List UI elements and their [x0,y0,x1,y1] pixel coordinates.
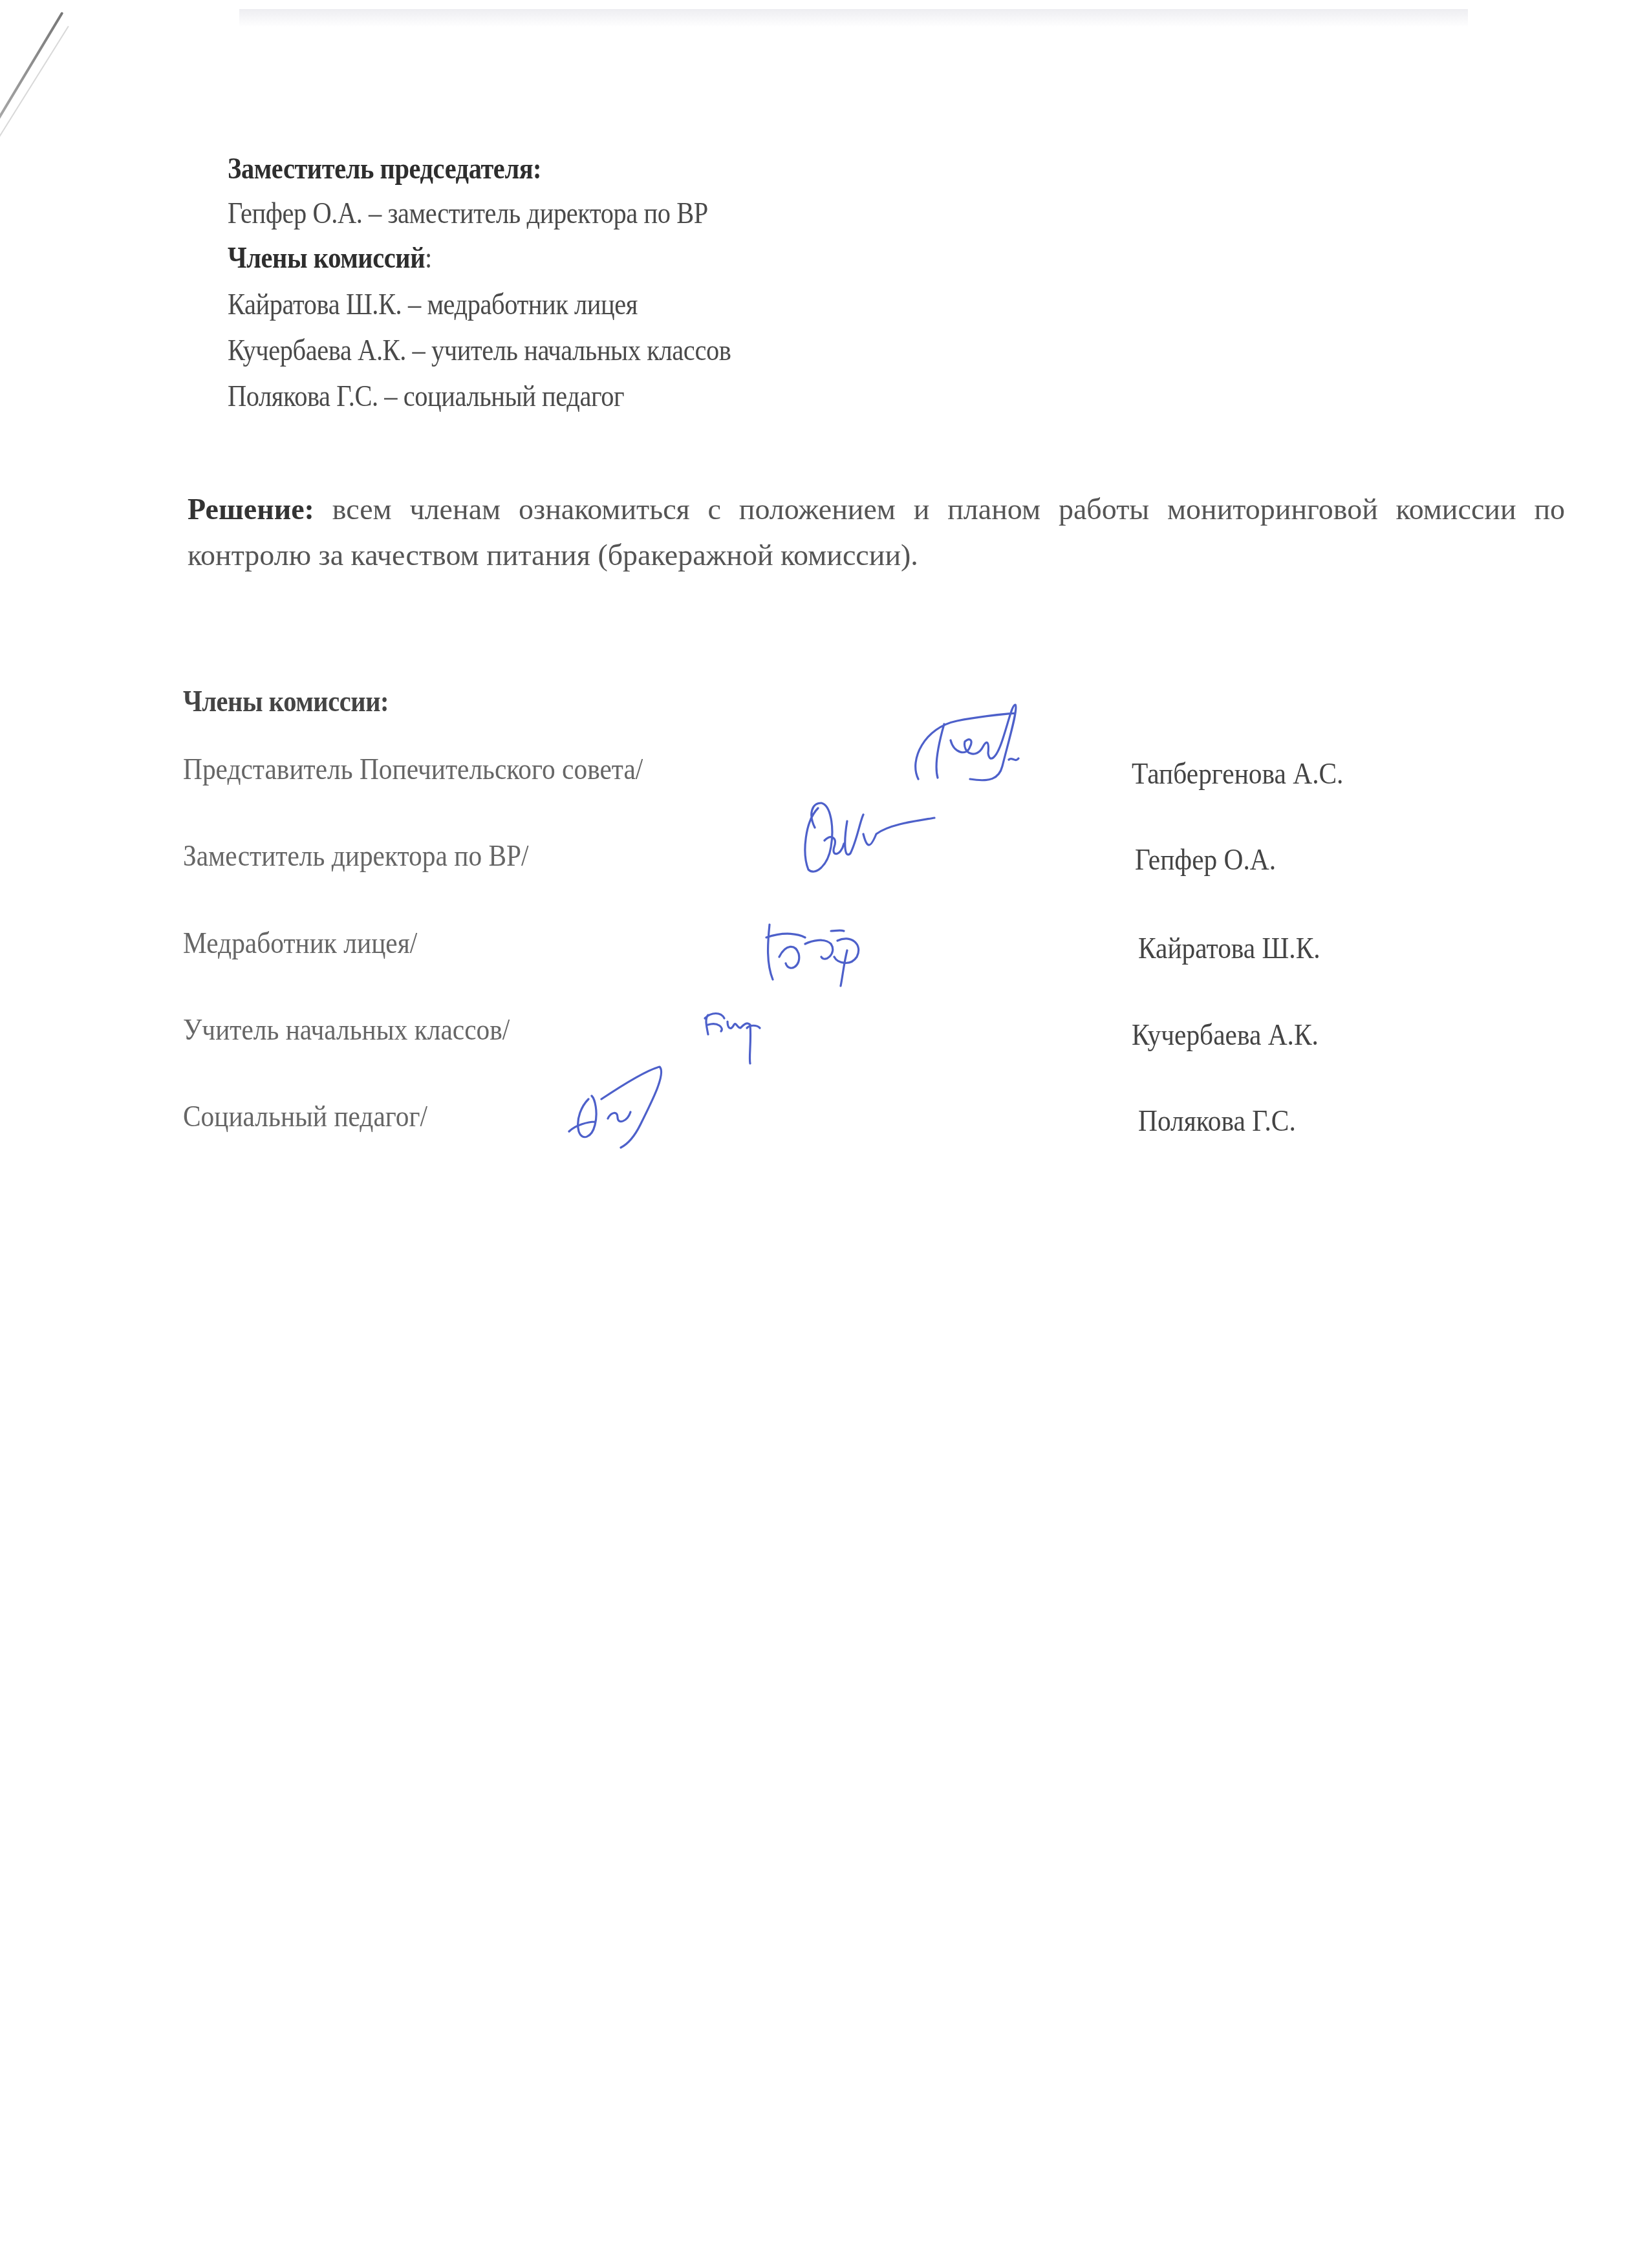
member-entry: Кучербаева А.К. – учитель начальных клас… [228,336,731,365]
signature-role: Заместитель директора по ВР/ [183,839,529,873]
members-heading: Члены комиссий: [228,243,432,273]
signature-mark [556,1060,685,1154]
signature-name: Гепфер О.А. [1135,842,1276,877]
scan-shadow [239,9,1468,27]
deputy-chair-heading: Заместитель председателя: [228,154,541,184]
signature-role: Медработник лицея/ [183,926,417,960]
signature-name: Полякова Г.С. [1138,1104,1296,1138]
signature-role: Учитель начальных классов/ [183,1012,510,1047]
members-heading-text: Члены комиссий [228,241,425,274]
member-entry: Кайратова Ш.К. – медработник лицея [228,290,638,319]
decision-paragraph: Решение: всем членам ознакомиться с поло… [188,486,1565,578]
document-page: Заместитель председателя: Гепфер О.А. – … [0,0,1649,2268]
deputy-chair-entry: Гепфер О.А. – заместитель директора по В… [228,198,708,228]
members-heading-colon: : [425,241,432,274]
signatures-heading: Члены комиссии: [183,687,389,716]
signature-mark [698,1009,795,1070]
member-entry: Полякова Г.С. – социальный педагог [228,381,624,411]
decision-text: всем членам ознакомиться с положением и … [188,493,1565,572]
signature-role: Социальный педагог/ [183,1099,427,1133]
decision-label: Решение: [188,493,314,526]
scan-edge-line-secondary [0,26,69,208]
signature-name: Кайратова Ш.К. [1138,931,1320,965]
signature-mark [760,918,889,992]
signature-name: Тапбергенова А.С. [1132,756,1343,791]
signature-name: Кучербаева А.К. [1132,1018,1319,1052]
signature-mark [792,795,947,883]
signature-role: Представитель Попечительского совета/ [183,752,643,786]
scan-edge-line [0,12,63,201]
signature-mark [905,701,1099,789]
